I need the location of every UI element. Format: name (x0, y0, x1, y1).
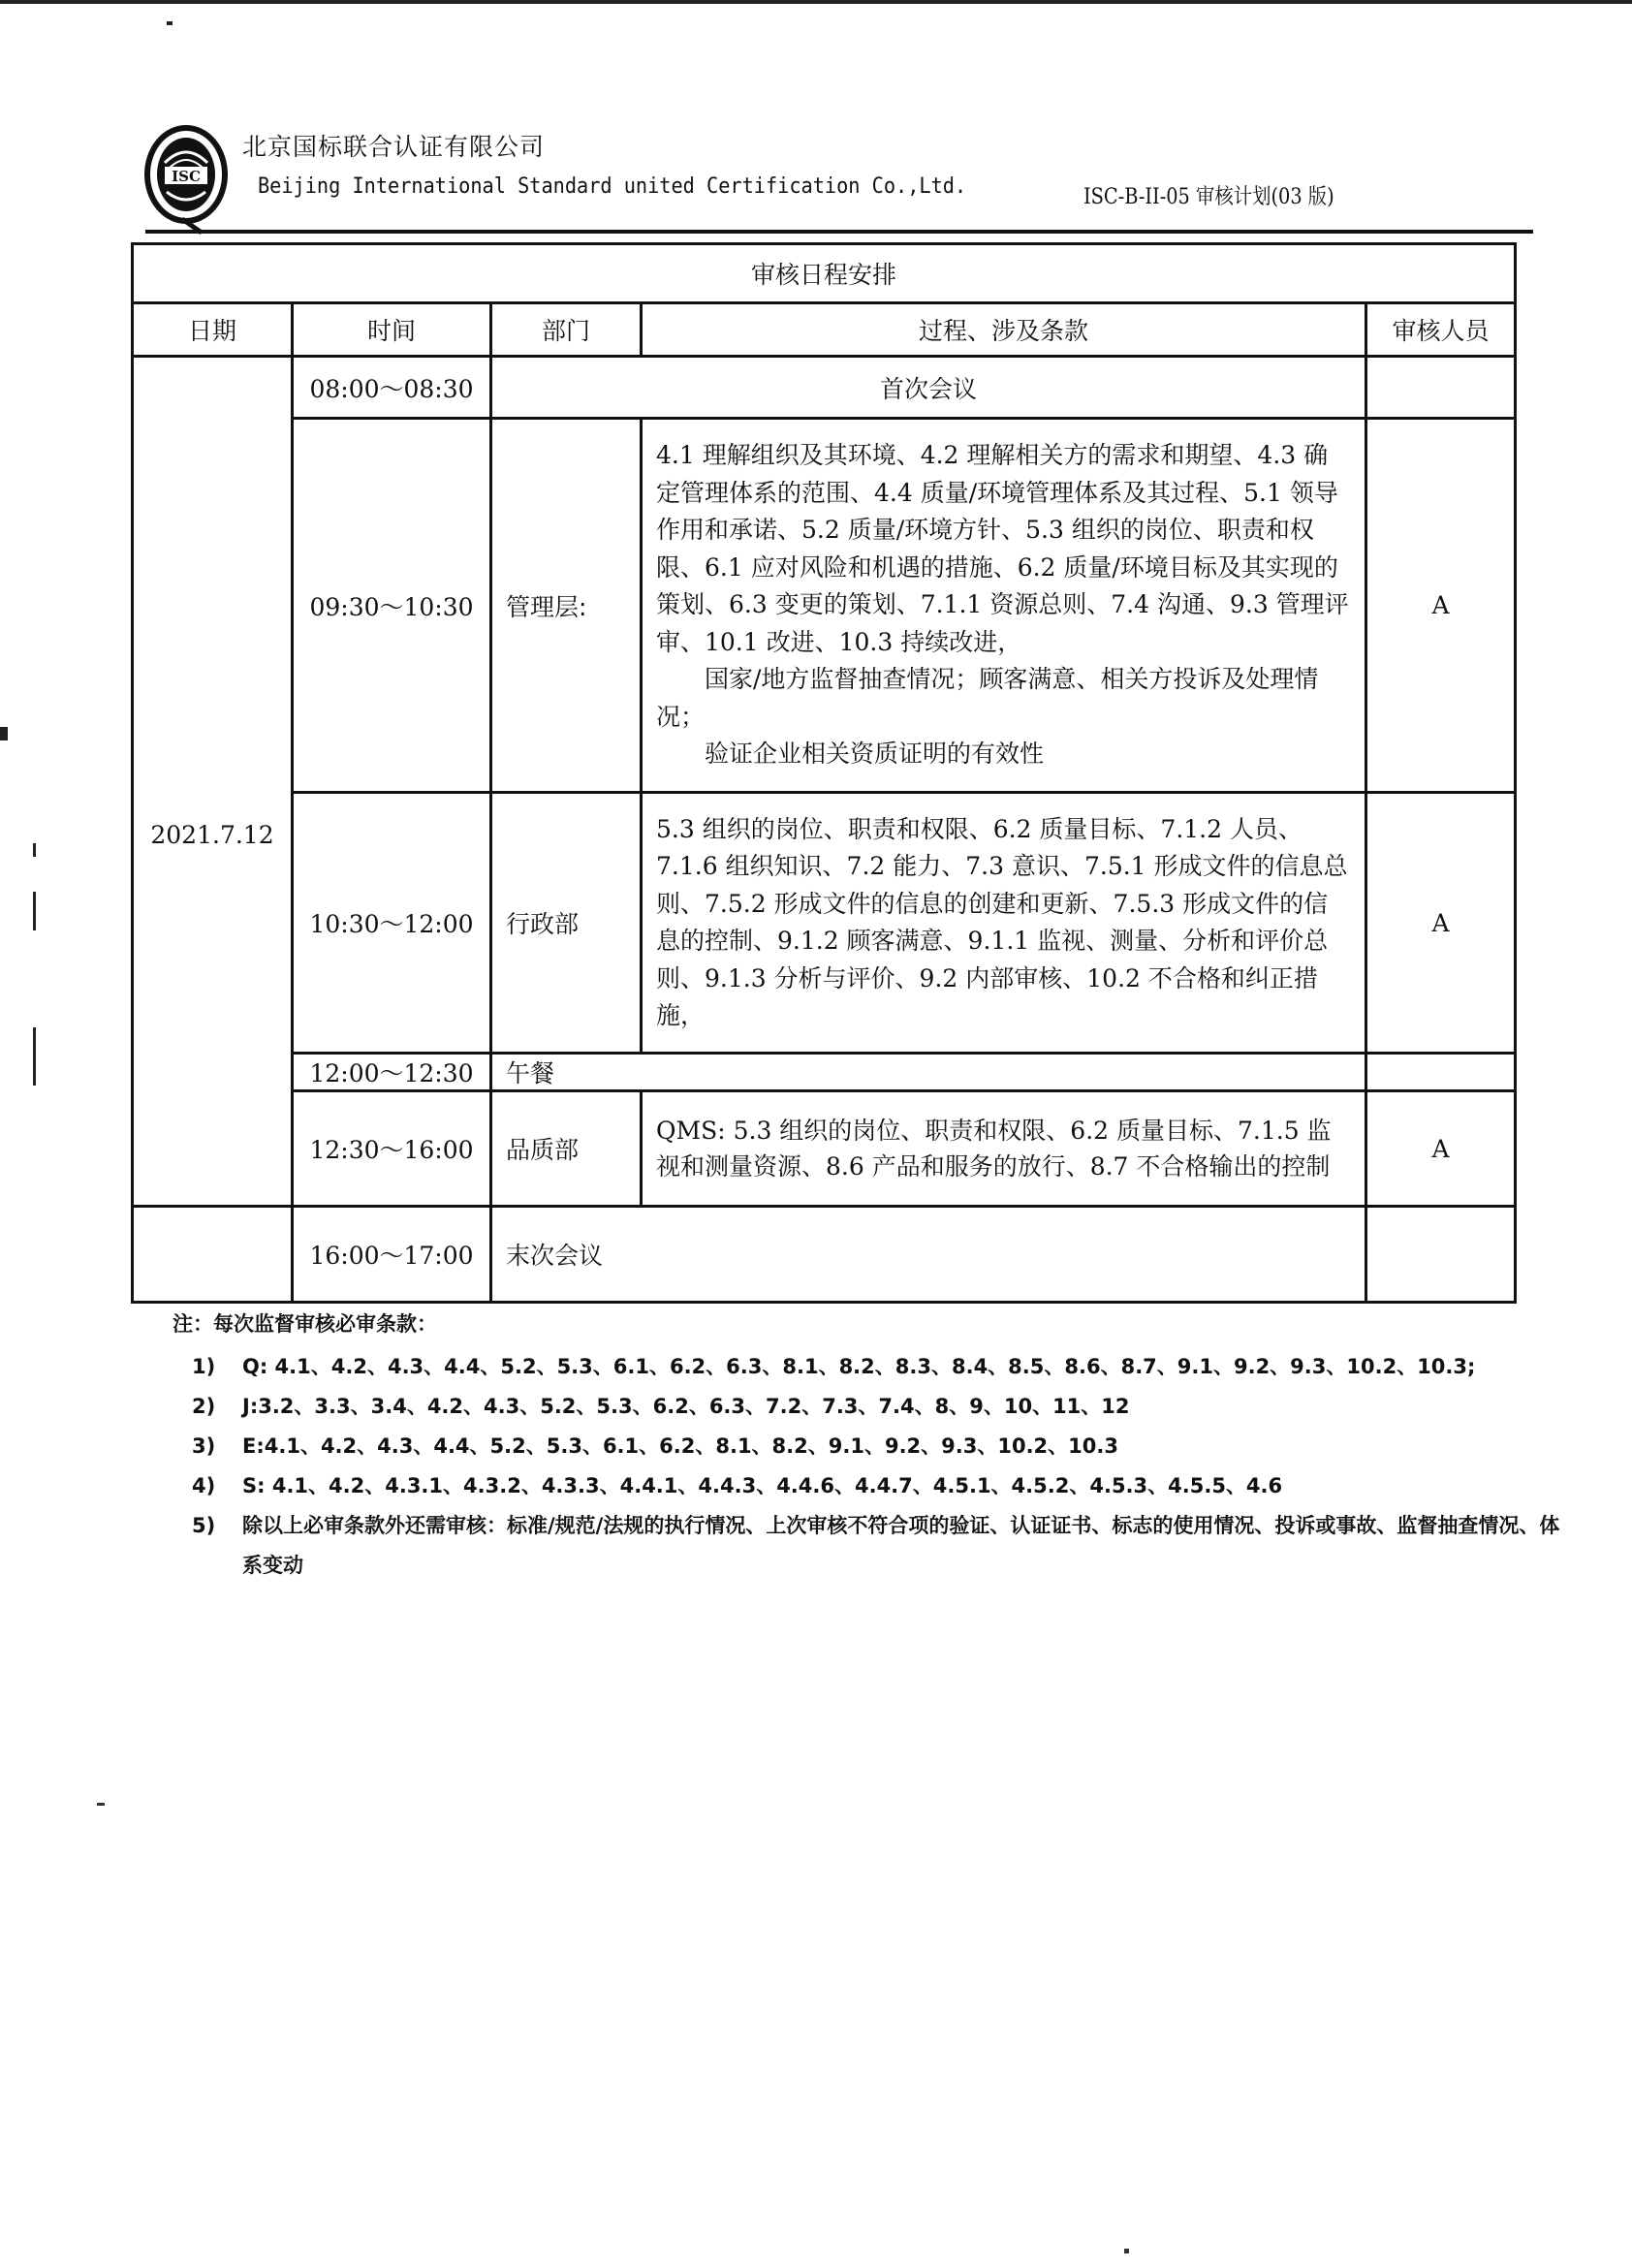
process-cell: 5.3 组织的岗位、职责和权限、6.2 质量目标、7.1.2 人员、7.1.6 … (642, 793, 1366, 1054)
time-cell: 10:30～12:00 (293, 793, 491, 1054)
process-cell: 4.1 理解组织及其环境、4.2 理解相关方的需求和期望、4.3 确定管理体系的… (642, 419, 1366, 793)
note-item: 4) S: 4.1、4.2、4.3.1、4.3.2、4.3.3、4.4.1、4.… (173, 1466, 1568, 1506)
column-header-date: 日期 (133, 303, 293, 357)
scan-mark (167, 21, 173, 25)
column-header-process: 过程、涉及条款 (642, 303, 1366, 357)
department-cell: 行政部 (491, 793, 642, 1054)
scan-top-edge (0, 0, 1632, 4)
auditor-cell (1366, 1207, 1516, 1303)
auditor-cell (1366, 1054, 1516, 1091)
svg-text:ISC: ISC (172, 168, 201, 185)
company-logo-icon: ISC (143, 124, 229, 238)
date-cell-empty (133, 1207, 293, 1303)
column-header-auditor: 审核人员 (1366, 303, 1516, 357)
process-cell: QMS: 5.3 组织的岗位、职责和权限、6.2 质量目标、7.1.5 监视和测… (642, 1091, 1366, 1207)
time-cell: 09:30～10:30 (293, 419, 491, 793)
process-extra-qualification: 验证企业相关资质证明的有效性 (656, 736, 1351, 773)
process-extra-supervision: 国家/地方监督抽查情况；顾客满意、相关方投诉及处理情况； (656, 661, 1351, 736)
scan-mark (1124, 2249, 1129, 2253)
table-row: 10:30～12:00 行政部 5.3 组织的岗位、职责和权限、6.2 质量目标… (133, 793, 1516, 1054)
department-cell: 品质部 (491, 1091, 642, 1207)
table-row: 2021.7.12 08:00～08:30 首次会议 (133, 357, 1516, 419)
table-row: 09:30～10:30 管理层: 4.1 理解组织及其环境、4.2 理解相关方的… (133, 419, 1516, 793)
note-item: 1) Q: 4.1、4.2、4.3、4.4、5.2、5.3、6.1、6.2、6.… (173, 1347, 1568, 1387)
time-cell: 08:00～08:30 (293, 357, 491, 419)
auditor-cell: A (1366, 1091, 1516, 1207)
table-row: 12:00～12:30 午餐 (133, 1054, 1516, 1091)
time-cell: 12:30～16:00 (293, 1091, 491, 1207)
scan-mark (33, 892, 36, 930)
auditor-cell (1366, 357, 1516, 419)
company-name-cn: 北京国标联合认证有限公司 (242, 128, 545, 163)
note-number: 1) (173, 1347, 242, 1387)
auditor-cell: A (1366, 419, 1516, 793)
notes-heading: 注：每次监督审核必审条款： (173, 1308, 1568, 1338)
scan-mark (33, 1027, 36, 1086)
column-header-time: 时间 (293, 303, 491, 357)
note-item: 5) 除以上必审条款外还需审核：标准/规范/法规的执行情况、上次审核不符合项的验… (173, 1506, 1568, 1586)
scan-mark (33, 843, 36, 857)
note-number: 4) (173, 1466, 242, 1506)
company-name-en: Beijing International Standard united Ce… (258, 174, 966, 199)
lunch-cell: 午餐 (491, 1054, 1366, 1091)
note-text: Q: 4.1、4.2、4.3、4.4、5.2、5.3、6.1、6.2、6.3、8… (242, 1347, 1568, 1387)
date-cell: 2021.7.12 (133, 357, 293, 1207)
note-text: E:4.1、4.2、4.3、4.4、5.2、5.3、6.1、6.2、8.1、8.… (242, 1427, 1568, 1466)
auditor-cell: A (1366, 793, 1516, 1054)
note-item: 3) E:4.1、4.2、4.3、4.4、5.2、5.3、6.1、6.2、8.1… (173, 1427, 1568, 1466)
column-header-department: 部门 (491, 303, 642, 357)
table-title: 审核日程安排 (133, 244, 1516, 303)
closing-meeting-cell: 末次会议 (491, 1207, 1366, 1303)
note-number: 5) (173, 1506, 242, 1586)
table-row: 12:30～16:00 品质部 QMS: 5.3 组织的岗位、职责和权限、6.2… (133, 1091, 1516, 1207)
time-cell: 12:00～12:30 (293, 1054, 491, 1091)
process-clauses: 4.1 理解组织及其环境、4.2 理解相关方的需求和期望、4.3 确定管理体系的… (656, 441, 1349, 656)
document-number: ISC-B-II-05 审核计划(03 版) (1083, 180, 1334, 210)
opening-meeting-cell: 首次会议 (491, 357, 1366, 419)
note-text: S: 4.1、4.2、4.3.1、4.3.2、4.3.3、4.4.1、4.4.3… (242, 1466, 1568, 1506)
department-cell: 管理层: (491, 419, 642, 793)
note-text: 除以上必审条款外还需审核：标准/规范/法规的执行情况、上次审核不符合项的验证、认… (242, 1506, 1568, 1586)
note-number: 2) (173, 1387, 242, 1427)
note-item: 2) J:3.2、3.3、3.4、4.2、4.3、5.2、5.3、6.2、6.3… (173, 1387, 1568, 1427)
table-row: 16:00～17:00 末次会议 (133, 1207, 1516, 1303)
header-divider (145, 230, 1533, 234)
scan-mark (97, 1803, 105, 1806)
scan-mark (0, 727, 8, 740)
note-number: 3) (173, 1427, 242, 1466)
table-header-row: 日期 时间 部门 过程、涉及条款 审核人员 (133, 303, 1516, 357)
note-text: J:3.2、3.3、3.4、4.2、4.3、5.2、5.3、6.2、6.3、7.… (242, 1387, 1568, 1427)
audit-schedule-table: 审核日程安排 日期 时间 部门 过程、涉及条款 审核人员 2021.7.12 0… (131, 242, 1517, 1304)
time-cell: 16:00～17:00 (293, 1207, 491, 1303)
required-clauses-notes: 注：每次监督审核必审条款： 1) Q: 4.1、4.2、4.3、4.4、5.2、… (173, 1308, 1568, 1586)
